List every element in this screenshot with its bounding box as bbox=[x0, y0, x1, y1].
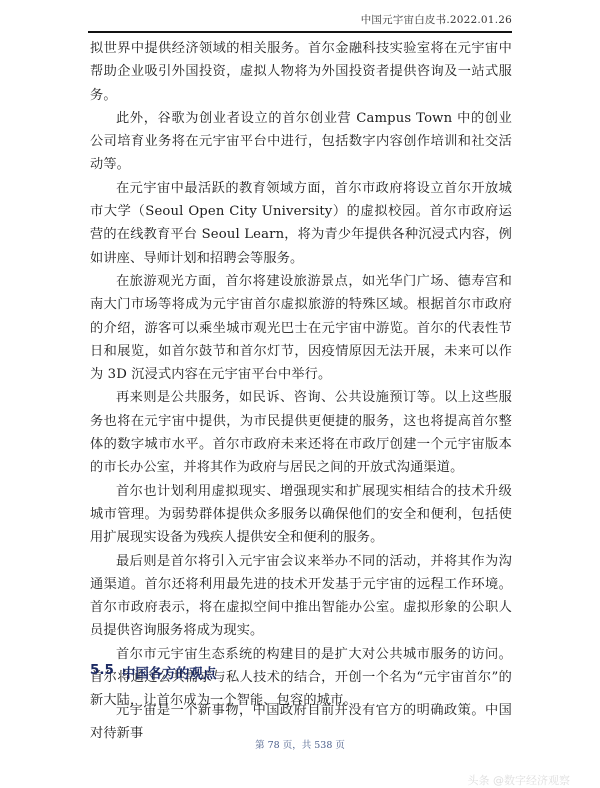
paragraph: 首尔也计划利用虚拟现实、增强现实和扩展现实相结合的技术升级城市管理。为弱势群体提… bbox=[90, 480, 512, 550]
paragraph: 最后则是首尔将引入元宇宙会议来举办不同的活动，并将其作为沟通渠道。首尔还将利用最… bbox=[90, 550, 512, 643]
section-title: 中国各方的观点 bbox=[122, 662, 217, 682]
paragraph: 拟世界中提供经济领域的相关服务。首尔金融科技实验室将在元宇宙中帮助企业吸引外国投… bbox=[90, 37, 512, 107]
document-page: 中国元宇宙白皮书.2022.01.26 拟世界中提供经济领域的相关服务。首尔金融… bbox=[0, 0, 600, 788]
header-rule bbox=[88, 31, 512, 33]
section-heading: 5.5 中国各方的观点 bbox=[90, 662, 216, 682]
paragraph: 在元宇宙中最活跃的教育领域方面，首尔市政府将设立首尔开放城市大学（Seoul O… bbox=[90, 177, 512, 270]
running-header: 中国元宇宙白皮书.2022.01.26 bbox=[361, 12, 512, 27]
page-number: 第 78 页，共 538 页 bbox=[0, 737, 600, 751]
paragraph: 此外，谷歌为创业者设立的首尔创业营 Campus Town 中的创业公司培育业务… bbox=[90, 107, 512, 177]
watermark: 头条 @数字经济观察 bbox=[468, 772, 571, 788]
body-text: 拟世界中提供经济领域的相关服务。首尔金融科技实验室将在元宇宙中帮助企业吸引外国投… bbox=[90, 37, 512, 713]
paragraph: 再来则是公共服务，如民诉、咨询、公共设施预订等。以上这些服务也将在元宇宙中提供，… bbox=[90, 386, 512, 479]
section-number: 5.5 bbox=[90, 662, 114, 682]
paragraph: 在旅游观光方面，首尔将建设旅游景点，如光华门广场、德寿宫和南大门市场等将成为元宇… bbox=[90, 270, 512, 386]
